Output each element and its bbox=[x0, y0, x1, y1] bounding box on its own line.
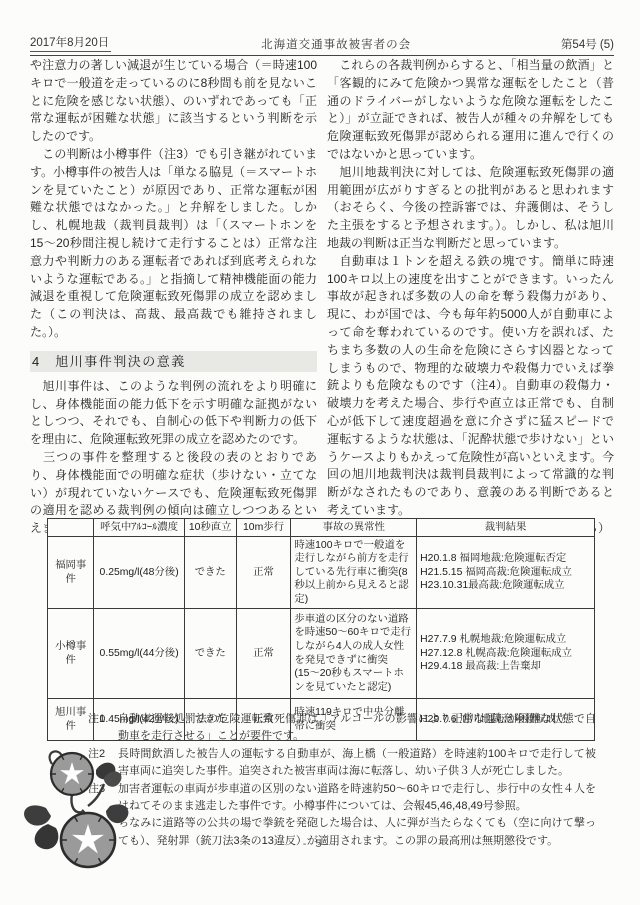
footnotes-section: 注1 自動車運転処罰法の危険運転致死傷罪は「アルコールの影響により正常な運転が困… bbox=[88, 711, 596, 850]
left-column: や注意力の著しい減退が生じている場合（＝時速100キロで一般道を走っているのに8… bbox=[30, 57, 317, 538]
verdict-line: H27.12.8 札幌高裁:危険運転成立 bbox=[420, 647, 591, 661]
page-header: 2017年8月20日 北海道交通事故被害者の会 第54号 (5) bbox=[30, 34, 614, 56]
abnormality-cell: 歩車道の区分のない道路を時速50〜60キロで走行しながら4人の成人女性を発見でき… bbox=[291, 609, 417, 699]
flower-top bbox=[51, 753, 93, 795]
section-heading-asahikawa-significance: 4 旭川事件判決の意義 bbox=[30, 351, 317, 372]
paragraph-continued: や注意力の著しい減退が生じている場合（＝時速100キロで一般道を走っているのに8… bbox=[30, 57, 317, 146]
table-header-row: 呼気中ｱﾙｺｰﾙ濃度 10秒直立 10m歩行 事故の異常性 裁判結果 bbox=[48, 519, 595, 537]
col-header-breath-alcohol: 呼気中ｱﾙｺｰﾙ濃度 bbox=[94, 519, 184, 537]
verdict-cell: H20.1.8 福岡地裁:危険運転否定 H21.5.15 福岡高裁:危険運転成立… bbox=[417, 537, 595, 609]
case-name-cell: 小樽事件 bbox=[48, 609, 94, 699]
table-row-otaru: 小樽事件 0.55mg/l(44分後) できた 正常 歩車道の区分のない道路を時… bbox=[48, 609, 595, 699]
alcohol-level-cell: 0.25mg/l(48分後) bbox=[94, 537, 184, 609]
case-comparison-table: 呼気中ｱﾙｺｰﾙ濃度 10秒直立 10m歩行 事故の異常性 裁判結果 福岡事件 … bbox=[47, 518, 595, 741]
right-column: これらの各裁判例からすると、「相当量の飲酒」と「客観的にみて危険かつ異常な運転を… bbox=[327, 57, 614, 538]
paragraph-otaru-case: この判断は小樽事件（注3）でも引き継がれています。小樽事件の被告人は「単なる脇見… bbox=[30, 146, 317, 342]
col-header-stand-10s: 10秒直立 bbox=[184, 519, 236, 537]
paragraph-car-danger: 自動車は１トンを超える鉄の塊です。簡単に時速100キロ以上の速度を出すことができ… bbox=[327, 253, 614, 520]
morning-glory-illustration-icon bbox=[16, 748, 136, 890]
footnote-2: 注2 長時間飲酒した被告人の運転する自動車が、海上橋（一般道路）を時速約100キ… bbox=[88, 746, 596, 781]
paragraph-precedents: これらの各裁判例からすると、「相当量の飲酒」と「客観的にみて危険かつ異常な運転を… bbox=[327, 57, 614, 164]
footnote-1: 注1 自動車運転処罰法の危険運転致死傷罪は「アルコールの影響により正常な運転が困… bbox=[88, 711, 596, 746]
leaf bbox=[24, 805, 51, 825]
case-name-cell: 旭川事件 bbox=[48, 699, 94, 741]
stand-test-cell: できた bbox=[184, 537, 236, 609]
paragraph-asahikawa-ruling: 旭川事件は、このような判例の流れをより明確にし、身体機能面の能力低下を示す明確な… bbox=[30, 378, 317, 449]
col-header-case bbox=[48, 519, 94, 537]
stand-test-cell: できた bbox=[184, 609, 236, 699]
verdict-line: H29.4.18 最高裁:上告棄却 bbox=[420, 660, 591, 674]
verdict-line: H20.1.8 福岡地裁:危険運転否定 bbox=[420, 552, 591, 566]
footnote-3: 注3 加害者運転の車両が歩車道の区別のない道路を時速約50〜60キロで走行し、歩… bbox=[88, 781, 596, 816]
alcohol-level-cell: 0.55mg/l(44分後) bbox=[94, 609, 184, 699]
col-header-abnormality: 事故の異常性 bbox=[291, 519, 417, 537]
footnote-text: 自動車運転処罰法の危険運転致死傷罪は「アルコールの影響により正常な運転が困難な状… bbox=[118, 711, 596, 746]
header-organization-title: 北海道交通事故被害者の会 bbox=[261, 36, 411, 52]
walk-test-cell: 正常 bbox=[236, 609, 291, 699]
case-name-cell: 福岡事件 bbox=[48, 537, 94, 609]
header-date: 2017年8月20日 bbox=[30, 34, 111, 52]
verdict-cell: H27.7.9 札幌地裁:危険運転成立 H27.12.8 札幌高裁:危険運転成立… bbox=[417, 609, 595, 699]
footnote-text: 加害者運転の車両が歩車道の区別のない道路を時速約50〜60キロで走行し、歩行中の… bbox=[118, 781, 596, 816]
page-number: - 5 - bbox=[0, 838, 640, 850]
verdict-line: H21.5.15 福岡高裁:危険運転成立 bbox=[420, 566, 591, 580]
newsletter-page: 2017年8月20日 北海道交通事故被害者の会 第54号 (5) や注意力の著し… bbox=[0, 0, 640, 905]
article-body: や注意力の著しい減退が生じている場合（＝時速100キロで一般道を走っているのに8… bbox=[30, 57, 614, 538]
col-header-verdict: 裁判結果 bbox=[417, 519, 595, 537]
col-header-walk-10m: 10m歩行 bbox=[236, 519, 291, 537]
verdict-line: H23.10.31最高裁:危険運転成立 bbox=[420, 579, 591, 593]
footnote-label: 注1 bbox=[88, 711, 118, 746]
walk-test-cell: 正常 bbox=[236, 537, 291, 609]
abnormality-cell: 時速100キロで一般道を走行しながら前方を走行している先行車に衝突(8秒以上前か… bbox=[291, 537, 417, 609]
table-row-fukuoka: 福岡事件 0.25mg/l(48分後) できた 正常 時速100キロで一般道を走… bbox=[48, 537, 595, 609]
footnote-text: 長時間飲酒した被告人の運転する自動車が、海上橋（一般道路）を時速約100キロで走… bbox=[118, 746, 596, 781]
header-issue-number: 第54号 (5) bbox=[561, 36, 614, 52]
paragraph-criticism: 旭川地裁判決に対しては、危険運転致死傷罪の適用範囲が広がりすぎるとの批判があると… bbox=[327, 164, 614, 253]
verdict-line: H27.7.9 札幌地裁:危険運転成立 bbox=[420, 633, 591, 647]
leaf bbox=[106, 804, 128, 823]
